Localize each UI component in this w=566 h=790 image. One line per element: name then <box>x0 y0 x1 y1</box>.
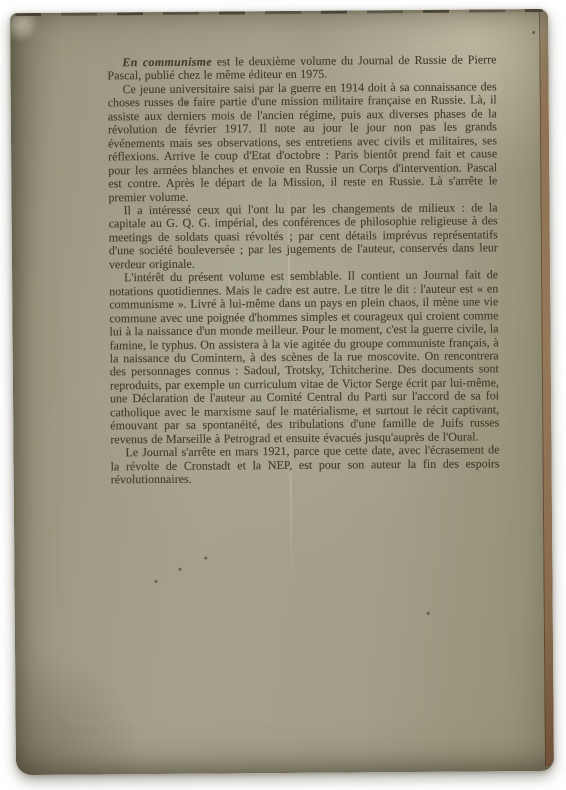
book-page-edge <box>539 12 554 767</box>
paper-speck <box>178 568 181 571</box>
photo-backdrop: En communisme est le deuxième volume du … <box>0 0 566 790</box>
cover-top-wear <box>15 9 543 16</box>
book-title-italic: En communisme <box>122 55 212 70</box>
paper-speck <box>204 557 207 560</box>
paragraph: L'intérêt du présent volume est semblabl… <box>109 269 499 447</box>
back-cover-text: En communisme est le deuxième volume du … <box>107 53 499 487</box>
paper-speck <box>532 31 535 34</box>
paragraph: Ce jeune universitaire saisi par la guer… <box>108 80 498 204</box>
paragraph: Il a intéressé ceux qui l'ont lu par les… <box>109 201 499 271</box>
paragraph: Le Journal s'arrête en mars 1921, parce … <box>110 443 499 486</box>
book-back-cover: En communisme est le deuxième volume du … <box>10 9 554 775</box>
paper-speck <box>427 612 430 615</box>
paper-speck <box>154 580 157 583</box>
